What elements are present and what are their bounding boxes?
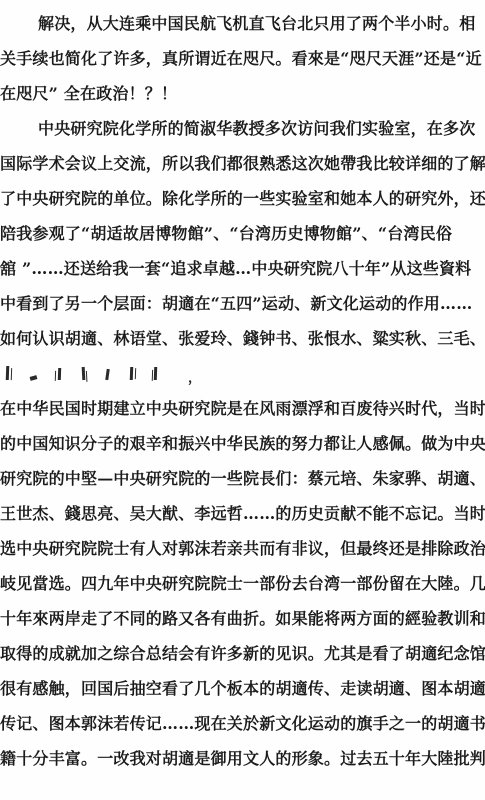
text-line: 取得的成就加之综合总结会有许多新的见识。尤其是看了胡適纪念馆	[0, 636, 485, 671]
text-line: 研究院的中堅—中央研究院的一些院長们：蔡元培、朱家骅、胡適、	[0, 461, 485, 496]
text-line: 关手续也简化了许多，真所谓近在咫尺。看來是“咫尺天涯”还是“近	[0, 41, 485, 76]
character-fragment-mark	[58, 368, 61, 380]
text-line: 选中央研究院院士有人对郭沫若亲共而有非议，但最终还是排除政治	[0, 531, 485, 566]
text-line: 了中央研究院的单位。除化学所的一些实验室和她本人的研究外，还	[0, 181, 485, 216]
text-line: 传记、图本郭沫若传记……现在关於新文化运动的旗手之一的胡適书	[0, 706, 485, 741]
character-fragment-mark	[105, 369, 110, 380]
text-line: 在咫尺” 全在政治！？！	[0, 76, 485, 111]
text-line: 岐见當选。四九年中央研究院院士一部份去台湾一部份留在大陸。几	[0, 566, 485, 601]
text-line: 籍十分丰富。一改我对胡適是御用文人的形象。过去五十年大陸批判	[0, 741, 485, 776]
text-line: 中央研究院化学所的简淑华教授多次访问我们实验室，在多次	[0, 111, 485, 146]
document-text-block: 解决，从大连乘中国民航飞机直飞台北只用了两个半小时。相关手续也简化了许多，真所谓…	[0, 6, 485, 776]
text-line: 十年來两岸走了不同的路又各有曲折。如果能将两方面的經验教训和	[0, 601, 485, 636]
text-line: 王世杰、錢思亮、吴大猷、李远哲……的历史贡献不能不忘记。当时	[0, 496, 485, 531]
illegible-text-fragments: ，	[0, 356, 485, 391]
text-line: 很有感触，回国后抽空看了几个板本的胡適传、走读胡適、图本胡適	[0, 671, 485, 706]
character-fragment-mark	[82, 367, 86, 380]
character-fragment-mark	[130, 367, 133, 380]
text-line: 国际学术会议上交流，所以我们都很熟悉这次她帶我比较详细的了解	[0, 146, 485, 181]
scanned-document-page: 解决，从大连乘中国民航飞机直飞台北只用了两个半小时。相关手续也简化了许多，真所谓…	[0, 0, 485, 800]
text-line: 如何认识胡適、林语堂、张爱玲、錢钟书、张恨水、粱实秋、三毛、	[0, 321, 485, 356]
character-fragment-mark	[30, 375, 38, 381]
text-line: 舘 ”……还送给我一套“追求卓越…中央研究院八十年”从这些資料	[0, 251, 485, 286]
character-fragment-mark	[154, 367, 157, 380]
text-line: 的中国知识分子的艰辛和振兴中华民族的努力都让人感佩。做为中央	[0, 426, 485, 461]
character-fragment-mark	[6, 366, 9, 380]
text-line: 在中华民国时期建立中央研究院是在风雨漂浮和百废待兴时代，当时	[0, 391, 485, 426]
text-line: 解决，从大连乘中国民航飞机直飞台北只用了两个半小时。相	[0, 6, 485, 41]
text-line: 陪我参观了“胡适故居博物館”、“台湾历史博物館”、“台湾民俗	[0, 216, 485, 251]
text-line: 中看到了另一个层面：胡適在“五四”运动、新文化运动的作用……	[0, 286, 485, 321]
fragment-trailing-comma: ，	[188, 376, 201, 382]
